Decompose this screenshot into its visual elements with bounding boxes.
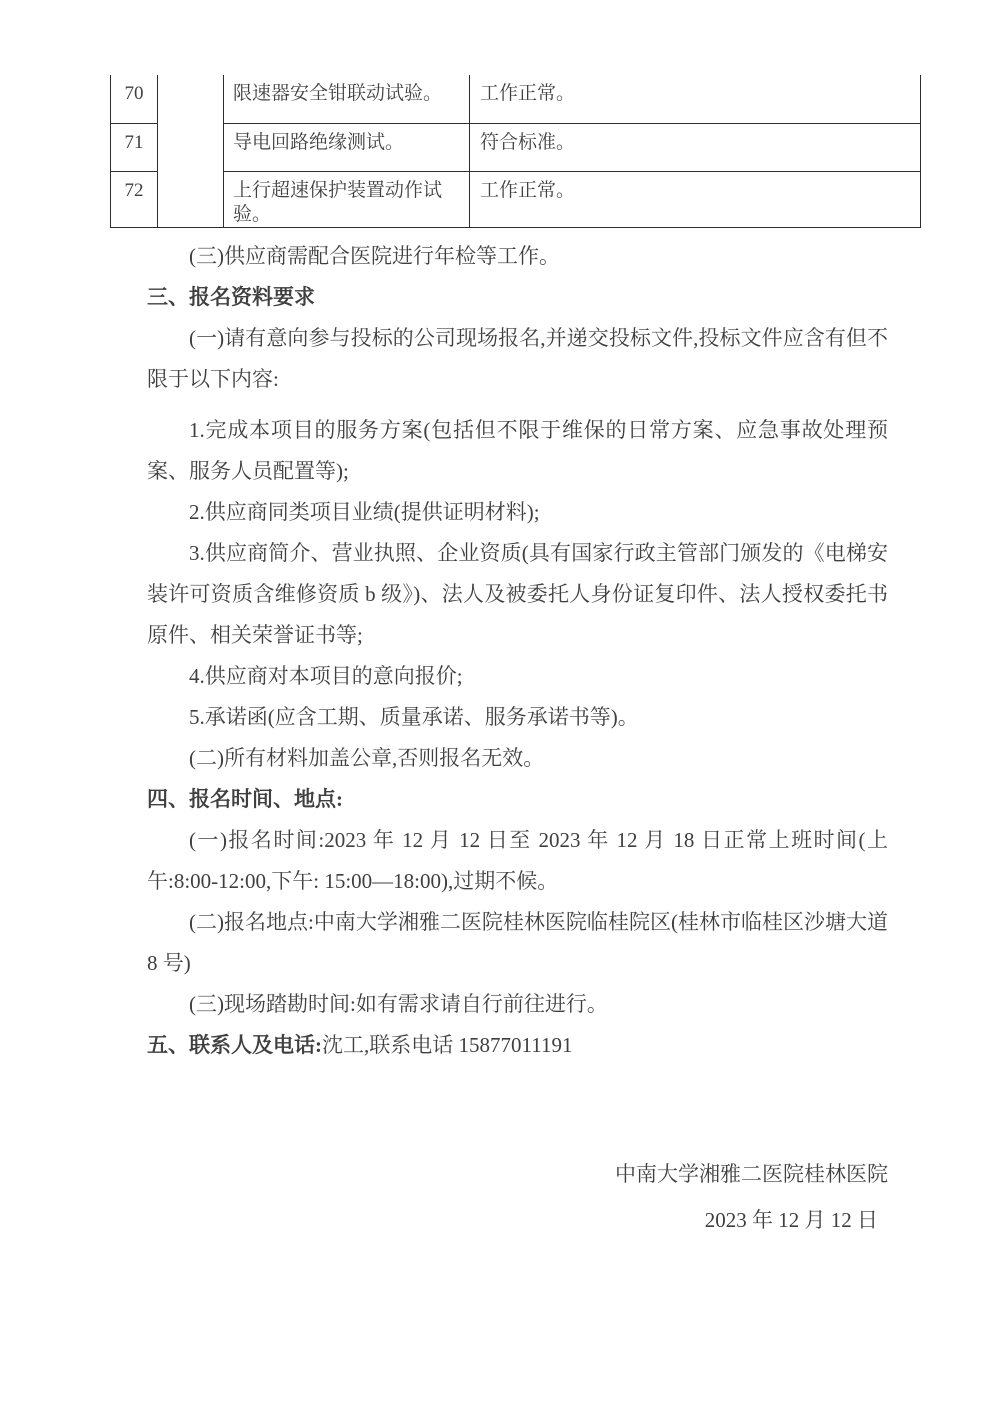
test-item-cell: 限速器安全钳联动试验。	[224, 75, 470, 123]
maintenance-checklist-table: 70 限速器安全钳联动试验。 工作正常。 71 导电回路绝缘测试。 符合标准。 …	[110, 75, 921, 228]
table-row: 71 导电回路绝缘测试。 符合标准。	[111, 123, 921, 171]
row-number-cell: 72	[111, 171, 158, 227]
section3-paragraph-1: (一)请有意向参与投标的公司现场报名,并递交投标文件,投标文件应含有但不限于以下…	[147, 318, 888, 400]
section3-item-5: 5.承诺函(应含工期、质量承诺、服务承诺书等)。	[147, 697, 888, 738]
test-result-cell: 工作正常。	[470, 171, 921, 227]
document-page: 70 限速器安全钳联动试验。 工作正常。 71 导电回路绝缘测试。 符合标准。 …	[0, 0, 1000, 1415]
section4-heading: 四、报名时间、地点:	[147, 779, 888, 820]
section3-item-3: 3.供应商简介、营业执照、企业资质(具有国家行政主管部门颁发的《电梯安装许可资质…	[147, 533, 888, 656]
row-number-cell: 71	[111, 123, 158, 171]
section3-item-2: 2.供应商同类项目业绩(提供证明材料);	[147, 492, 888, 533]
document-body: (三)供应商需配合医院进行年检等工作。 三、报名资料要求 (一)请有意向参与投标…	[147, 236, 888, 1243]
category-merged-cell	[158, 75, 224, 227]
section3-item-4: 4.供应商对本项目的意向报价;	[147, 656, 888, 697]
signature-block: 中南大学湘雅二医院桂林医院 2023 年 12 月 12 日	[147, 1151, 888, 1243]
section4-paragraph-2: (二)报名地点:中南大学湘雅二医院桂林医院临桂院区(桂林市临桂区沙塘大道 8 号…	[147, 902, 888, 984]
test-item-cell: 上行超速保护装置动作试验。	[224, 171, 470, 227]
document-content: 70 限速器安全钳联动试验。 工作正常。 71 导电回路绝缘测试。 符合标准。 …	[110, 0, 920, 1243]
row-number-cell: 70	[111, 75, 158, 123]
clause-note: (三)供应商需配合医院进行年检等工作。	[147, 236, 888, 277]
section5-heading: 五、联系人及电话:	[147, 1033, 322, 1057]
section4-paragraph-3: (三)现场踏勘时间:如有需求请自行前往进行。	[147, 984, 888, 1025]
section5-line: 五、联系人及电话:沈工,联系电话 15877011191	[147, 1025, 888, 1066]
section3-item-1: 1.完成本项目的服务方案(包括但不限于维保的日常方案、应急事故处理预案、服务人员…	[147, 410, 888, 492]
table-row: 72 上行超速保护装置动作试验。 工作正常。	[111, 171, 921, 227]
signature-date: 2023 年 12 月 12 日	[147, 1197, 888, 1243]
section4-paragraph-1: (一)报名时间:2023 年 12 月 12 日至 2023 年 12 月 18…	[147, 820, 888, 902]
test-item-cell: 导电回路绝缘测试。	[224, 123, 470, 171]
contact-info: 沈工,联系电话 15877011191	[322, 1033, 572, 1057]
test-result-cell: 符合标准。	[470, 123, 921, 171]
test-result-cell: 工作正常。	[470, 75, 921, 123]
section3-paragraph-2: (二)所有材料加盖公章,否则报名无效。	[147, 738, 888, 779]
signature-organization: 中南大学湘雅二医院桂林医院	[147, 1151, 888, 1197]
table-row: 70 限速器安全钳联动试验。 工作正常。	[111, 75, 921, 123]
section3-heading: 三、报名资料要求	[147, 277, 888, 318]
